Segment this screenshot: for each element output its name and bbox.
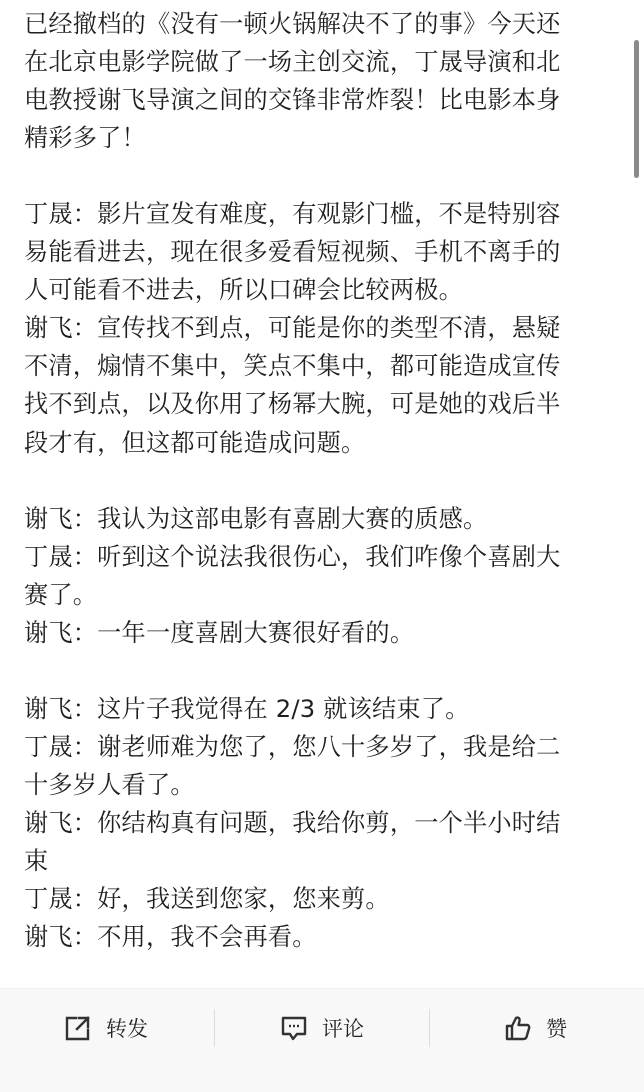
dialogue-line: 易能看进去，现在很多爱看短视频、手机不离手的 (24, 233, 620, 271)
comment-button[interactable]: 评论 (280, 1011, 364, 1045)
scrollbar[interactable] (634, 40, 639, 178)
action-bar: 转发 评论 赞 (0, 988, 644, 1092)
dialogue-line: 谢飞：我认为这部电影有喜剧大赛的质感。 (24, 500, 620, 538)
post-text-line: 在北京电影学院做了一场主创交流，丁晟导演和北 (24, 43, 620, 81)
dialogue-line: 谢飞：一年一度喜剧大赛很好看的。 (24, 614, 620, 652)
post-text-line: 电教授谢飞导演之间的交锋非常炸裂！比电影本身 (24, 81, 620, 119)
dialogue-line: 找不到点，以及你用了杨幂大腕，可是她的戏后半 (24, 385, 620, 423)
dialogue-line: 丁晟：听到这个说法我很伤心，我们咋像个喜剧大 (24, 538, 620, 576)
dialogue-line: 赛了。 (24, 576, 620, 614)
repost-label: 转发 (106, 1013, 148, 1043)
dialogue-line: 人可能看不进去，所以口碑会比较两极。 (24, 271, 620, 309)
like-label: 赞 (546, 1013, 567, 1043)
dialogue-line: 丁晟：影片宣发有难度，有观影门槛，不是特别容 (24, 195, 620, 233)
repost-button[interactable]: 转发 (64, 1011, 148, 1045)
dialogue-line: 十多岁人看了。 (24, 766, 620, 804)
dialogue-line: 丁晟：谢老师难为您了，您八十多岁了，我是给二 (24, 728, 620, 766)
dialogue-line: 不清，煽情不集中，笑点不集中，都可能造成宣传 (24, 347, 620, 385)
dialogue-line: 丁晟：好，我送到您家，您来剪。 (24, 880, 620, 918)
paragraph-gap (24, 157, 620, 195)
divider (214, 1009, 215, 1047)
comment-label: 评论 (322, 1013, 364, 1043)
paragraph-gap (24, 462, 620, 500)
thumbs-up-icon (504, 1014, 532, 1042)
dialogue-line: 束 (24, 842, 620, 880)
comment-icon (280, 1014, 308, 1042)
paragraph-gap (24, 652, 620, 690)
dialogue-line: 谢飞：不用，我不会再看。 (24, 918, 620, 956)
dialogue-line: 谢飞：你结构真有问题，我给你剪，一个半小时结 (24, 804, 620, 842)
post-body: 已经撤档的《没有一顿火锅解决不了的事》今天还 在北京电影学院做了一场主创交流，丁… (24, 5, 620, 956)
post-text-line: 已经撤档的《没有一顿火锅解决不了的事》今天还 (24, 5, 620, 43)
post-text-line: 精彩多了！ (24, 119, 620, 157)
like-button[interactable]: 赞 (504, 1011, 567, 1045)
dialogue-line: 段才有，但这都可能造成问题。 (24, 424, 620, 462)
divider (429, 1009, 430, 1047)
dialogue-line: 谢飞：这片子我觉得在 2/3 就该结束了。 (24, 690, 620, 728)
dialogue-line: 谢飞：宣传找不到点，可能是你的类型不清，悬疑 (24, 309, 620, 347)
share-icon (64, 1014, 92, 1042)
